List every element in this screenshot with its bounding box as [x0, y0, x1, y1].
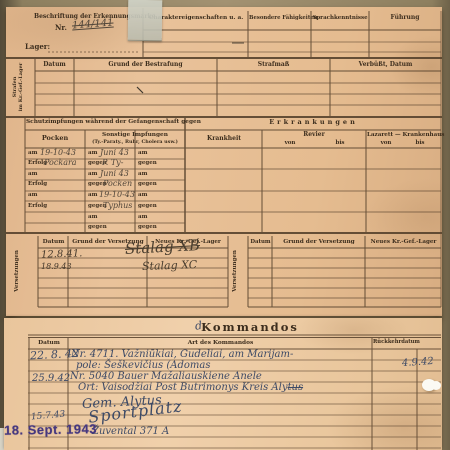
impf-row-label: am	[88, 150, 97, 156]
impf-row-label: gegen	[138, 160, 157, 166]
lazarett-von-label: von	[376, 140, 396, 146]
impf-row-handwriting: Juni 43	[100, 170, 129, 178]
impf-row-label: am	[138, 150, 147, 156]
impf-row-label: am	[28, 192, 37, 198]
lazarett-header: Lazarett — Krankenhaus	[367, 132, 441, 138]
versetzung-entry-lager: Stalag XC	[142, 259, 198, 272]
lazarett-bis-label: bis	[410, 140, 430, 146]
col-header-faehigkeiten: Besondere Fähigkeiten	[249, 15, 310, 21]
impf-row-label: gegen	[138, 203, 157, 209]
kommando-entry-text: Nr. 4711. Važniūkiai, Gudeliai, am Marij…	[71, 350, 293, 360]
impf-row-handwriting: Pockara	[44, 159, 77, 167]
versetzungen-header-grund-right: Grund der Versetzung	[273, 239, 365, 246]
impf-row-label: gegen	[138, 224, 157, 230]
strafen-header-grund: Grund der Bestrafung	[75, 62, 216, 69]
scanned-pow-record-card: Beschriftung der Erkennungsmarke Nr. 144…	[0, 0, 450, 450]
kommando-entry-datum: 25.9.42	[32, 374, 70, 384]
kommando-entry-text-struck: tus	[287, 382, 303, 393]
strafen-side-label: Strafen im Kr.-Gef.-Lager	[12, 57, 28, 117]
col-header-fuehrung: Führung	[370, 15, 440, 22]
stray-pencil-mark	[137, 87, 143, 93]
kommandos-header-art: Art des Kommandos	[69, 340, 372, 347]
kommando-entry-text-part: Ort: Vaisodžiai Post Butrimonys Kreis Al…	[78, 382, 287, 393]
impf-row-handwriting: P. Ty-	[102, 159, 123, 167]
versetzungen-side-label-left: Versetzungen	[14, 236, 24, 306]
kommando-entry-text: Žuvental 371 A	[92, 427, 169, 437]
strafen-header-strafmass: Strafmaß	[218, 62, 329, 69]
date-stamp: 18. Sept. 1943	[4, 421, 97, 438]
impf-row-label: am	[88, 214, 97, 220]
impf-row-label: am	[138, 171, 147, 177]
versetzung-entry-datum: 12.8.41.	[41, 249, 83, 260]
impf-row-label: Erfolg	[28, 181, 47, 187]
strafen-header-verbuesst: Verbüßt, Datum	[331, 62, 440, 69]
col-header-sprachen: Sprachkenntnisse	[312, 15, 368, 21]
kommandos-header-datum: Datum	[30, 340, 68, 347]
kommandos-header-rueckkehr: Rückkehrdatum	[373, 340, 417, 346]
impfungen-title: Schutzimpfungen während der Gefangenscha…	[26, 119, 184, 126]
impf-row-label: gegen	[138, 181, 157, 187]
kommando-entry-text: pole: Šeškevičius (Adomas	[76, 361, 210, 371]
impf-row-handwriting: 19-10-43	[40, 149, 76, 157]
impf-row-label: am	[88, 192, 97, 198]
impf-row-label: am	[138, 214, 147, 220]
kommando-entry-text: Ort: Vaisodžiai Post Butrimonys Kreis Al…	[78, 383, 303, 393]
impf-row-label: am	[28, 150, 37, 156]
sonstige-impfungen-subheader: (Ty.-Paraty., Ruhr, Cholera usw.)	[86, 140, 184, 146]
lager-label: Lager:	[25, 43, 50, 51]
kommando-entry-text: Nr. 5040 Bauer Mažaliauskiene Anele	[70, 372, 262, 382]
versetzungen-header-lager-right: Neues Kr.-Gef.-Lager	[366, 239, 441, 245]
sonstige-impfungen-header: Sonstige Impfungen	[86, 132, 184, 139]
impf-row-handwriting: Pocken	[103, 180, 132, 188]
impf-row-label: am	[138, 192, 147, 198]
impf-row-handwriting: Typhus	[103, 202, 132, 210]
versetzung-entry-datum: 18.9.43	[41, 263, 72, 271]
erkrankungen-title: Erkrankungen	[186, 119, 441, 126]
impf-row-label: Erfolg	[28, 203, 47, 209]
versetzungen-side-label-right: Versetzungen	[232, 236, 242, 306]
punch-hole-blob	[431, 381, 441, 390]
impf-row-label: gegen	[88, 224, 107, 230]
impf-row-label: am	[28, 171, 37, 177]
impf-row-handwriting: 19-10-43	[99, 191, 135, 199]
versetzungen-header-datum-right: Datum	[249, 239, 272, 245]
impf-row-label: am	[88, 171, 97, 177]
versetzungen-header-datum-left: Datum	[39, 239, 68, 246]
punch-hole	[422, 377, 444, 393]
versetzung-entry-lager: Stalag XB	[125, 238, 201, 257]
strafen-side-label-line2: im Kr.-Gef.-Lager	[18, 63, 24, 112]
pocken-header: Pocken	[26, 135, 84, 142]
nr-label: Nr.	[55, 24, 67, 32]
revier-von-label: von	[280, 140, 300, 146]
revier-bis-label: bis	[330, 140, 350, 146]
krankheit-header: Krankheit	[186, 136, 262, 143]
strafen-header-datum: Datum	[36, 62, 73, 69]
tape-strip	[128, 0, 163, 41]
impf-row-handwriting: Juni 43	[100, 149, 129, 157]
kommandos-title: Kommandos	[125, 321, 375, 334]
revier-header: Revier	[263, 132, 365, 139]
